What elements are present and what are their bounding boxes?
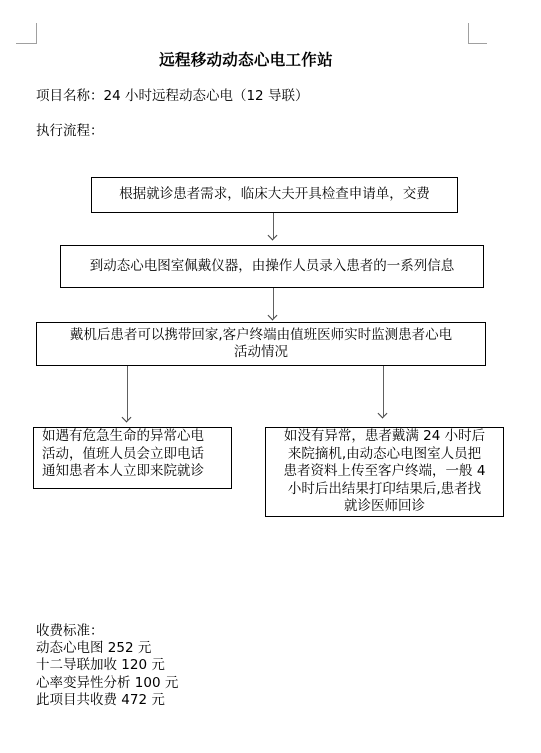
page-corner-mark-top-left	[16, 23, 37, 44]
flow-step-1-text: 根据就诊患者需求，临床大夫开具检查申请单，交费	[119, 186, 430, 204]
branch-normal-line-5: 就诊医师回诊	[344, 498, 425, 516]
branch-normal-line-1: 如没有异常，患者戴满 24 小时后	[284, 428, 485, 446]
fee-item-ecg: 动态心电图 252 元	[36, 640, 178, 657]
fee-label: 收费标准：	[36, 623, 178, 640]
arrow-down-icon	[383, 366, 384, 416]
project-label: 项目名称：	[36, 88, 104, 104]
branch-normal-line-2: 来院摘机,由动态心电图室人员把	[288, 446, 481, 464]
flow-step-2-text: 到动态心电图室佩戴仪器，由操作人员录入患者的一系列信息	[90, 258, 455, 276]
flow-branch-abnormal: 如遇有危急生命的异常心电 活动，值班人员会立即电话 通知患者本人立即来院就诊	[33, 427, 232, 489]
document-title: 远程移动动态心电工作站	[0, 48, 492, 70]
project-name: 24 小时远程动态心电（12 导联）	[104, 88, 309, 104]
branch-abnormal-line-1: 如遇有危急生命的异常心电	[42, 428, 204, 446]
arrow-down-icon	[273, 288, 274, 318]
branch-abnormal-line-2: 活动，值班人员会立即电话	[42, 446, 204, 464]
flow-step-3-line-1: 戴机后患者可以携带回家,客户终端由值班医师实时监测患者心电	[70, 327, 452, 345]
project-name-line: 项目名称：24 小时远程动态心电（12 导联）	[36, 84, 308, 104]
flow-branch-normal: 如没有异常，患者戴满 24 小时后 来院摘机,由动态心电图室人员把 患者资料上传…	[265, 427, 504, 517]
fee-item-hrv: 心率变异性分析 100 元	[36, 675, 178, 692]
flow-step-2: 到动态心电图室佩戴仪器，由操作人员录入患者的一系列信息	[60, 245, 484, 288]
arrow-down-icon	[127, 366, 128, 420]
flow-step-1: 根据就诊患者需求，临床大夫开具检查申请单，交费	[91, 177, 458, 213]
flow-step-3: 戴机后患者可以携带回家,客户终端由值班医师实时监测患者心电 活动情况	[36, 322, 486, 366]
branch-normal-line-3: 患者资料上传至客户终端，一般 4	[284, 463, 486, 481]
flow-step-3-line-2: 活动情况	[234, 344, 288, 362]
fee-schedule: 收费标准： 动态心电图 252 元 十二导联加收 120 元 心率变异性分析 1…	[36, 623, 178, 709]
page-corner-mark-top-right	[468, 23, 487, 44]
branch-normal-line-4: 小时后出结果打印结果后,患者找	[288, 481, 481, 499]
process-label: 执行流程：	[36, 119, 104, 139]
arrow-down-icon	[273, 213, 274, 238]
fee-total: 此项目共收费 472 元	[36, 692, 178, 709]
branch-abnormal-line-3: 通知患者本人立即来院就诊	[42, 463, 204, 481]
fee-item-12-lead: 十二导联加收 120 元	[36, 657, 178, 674]
